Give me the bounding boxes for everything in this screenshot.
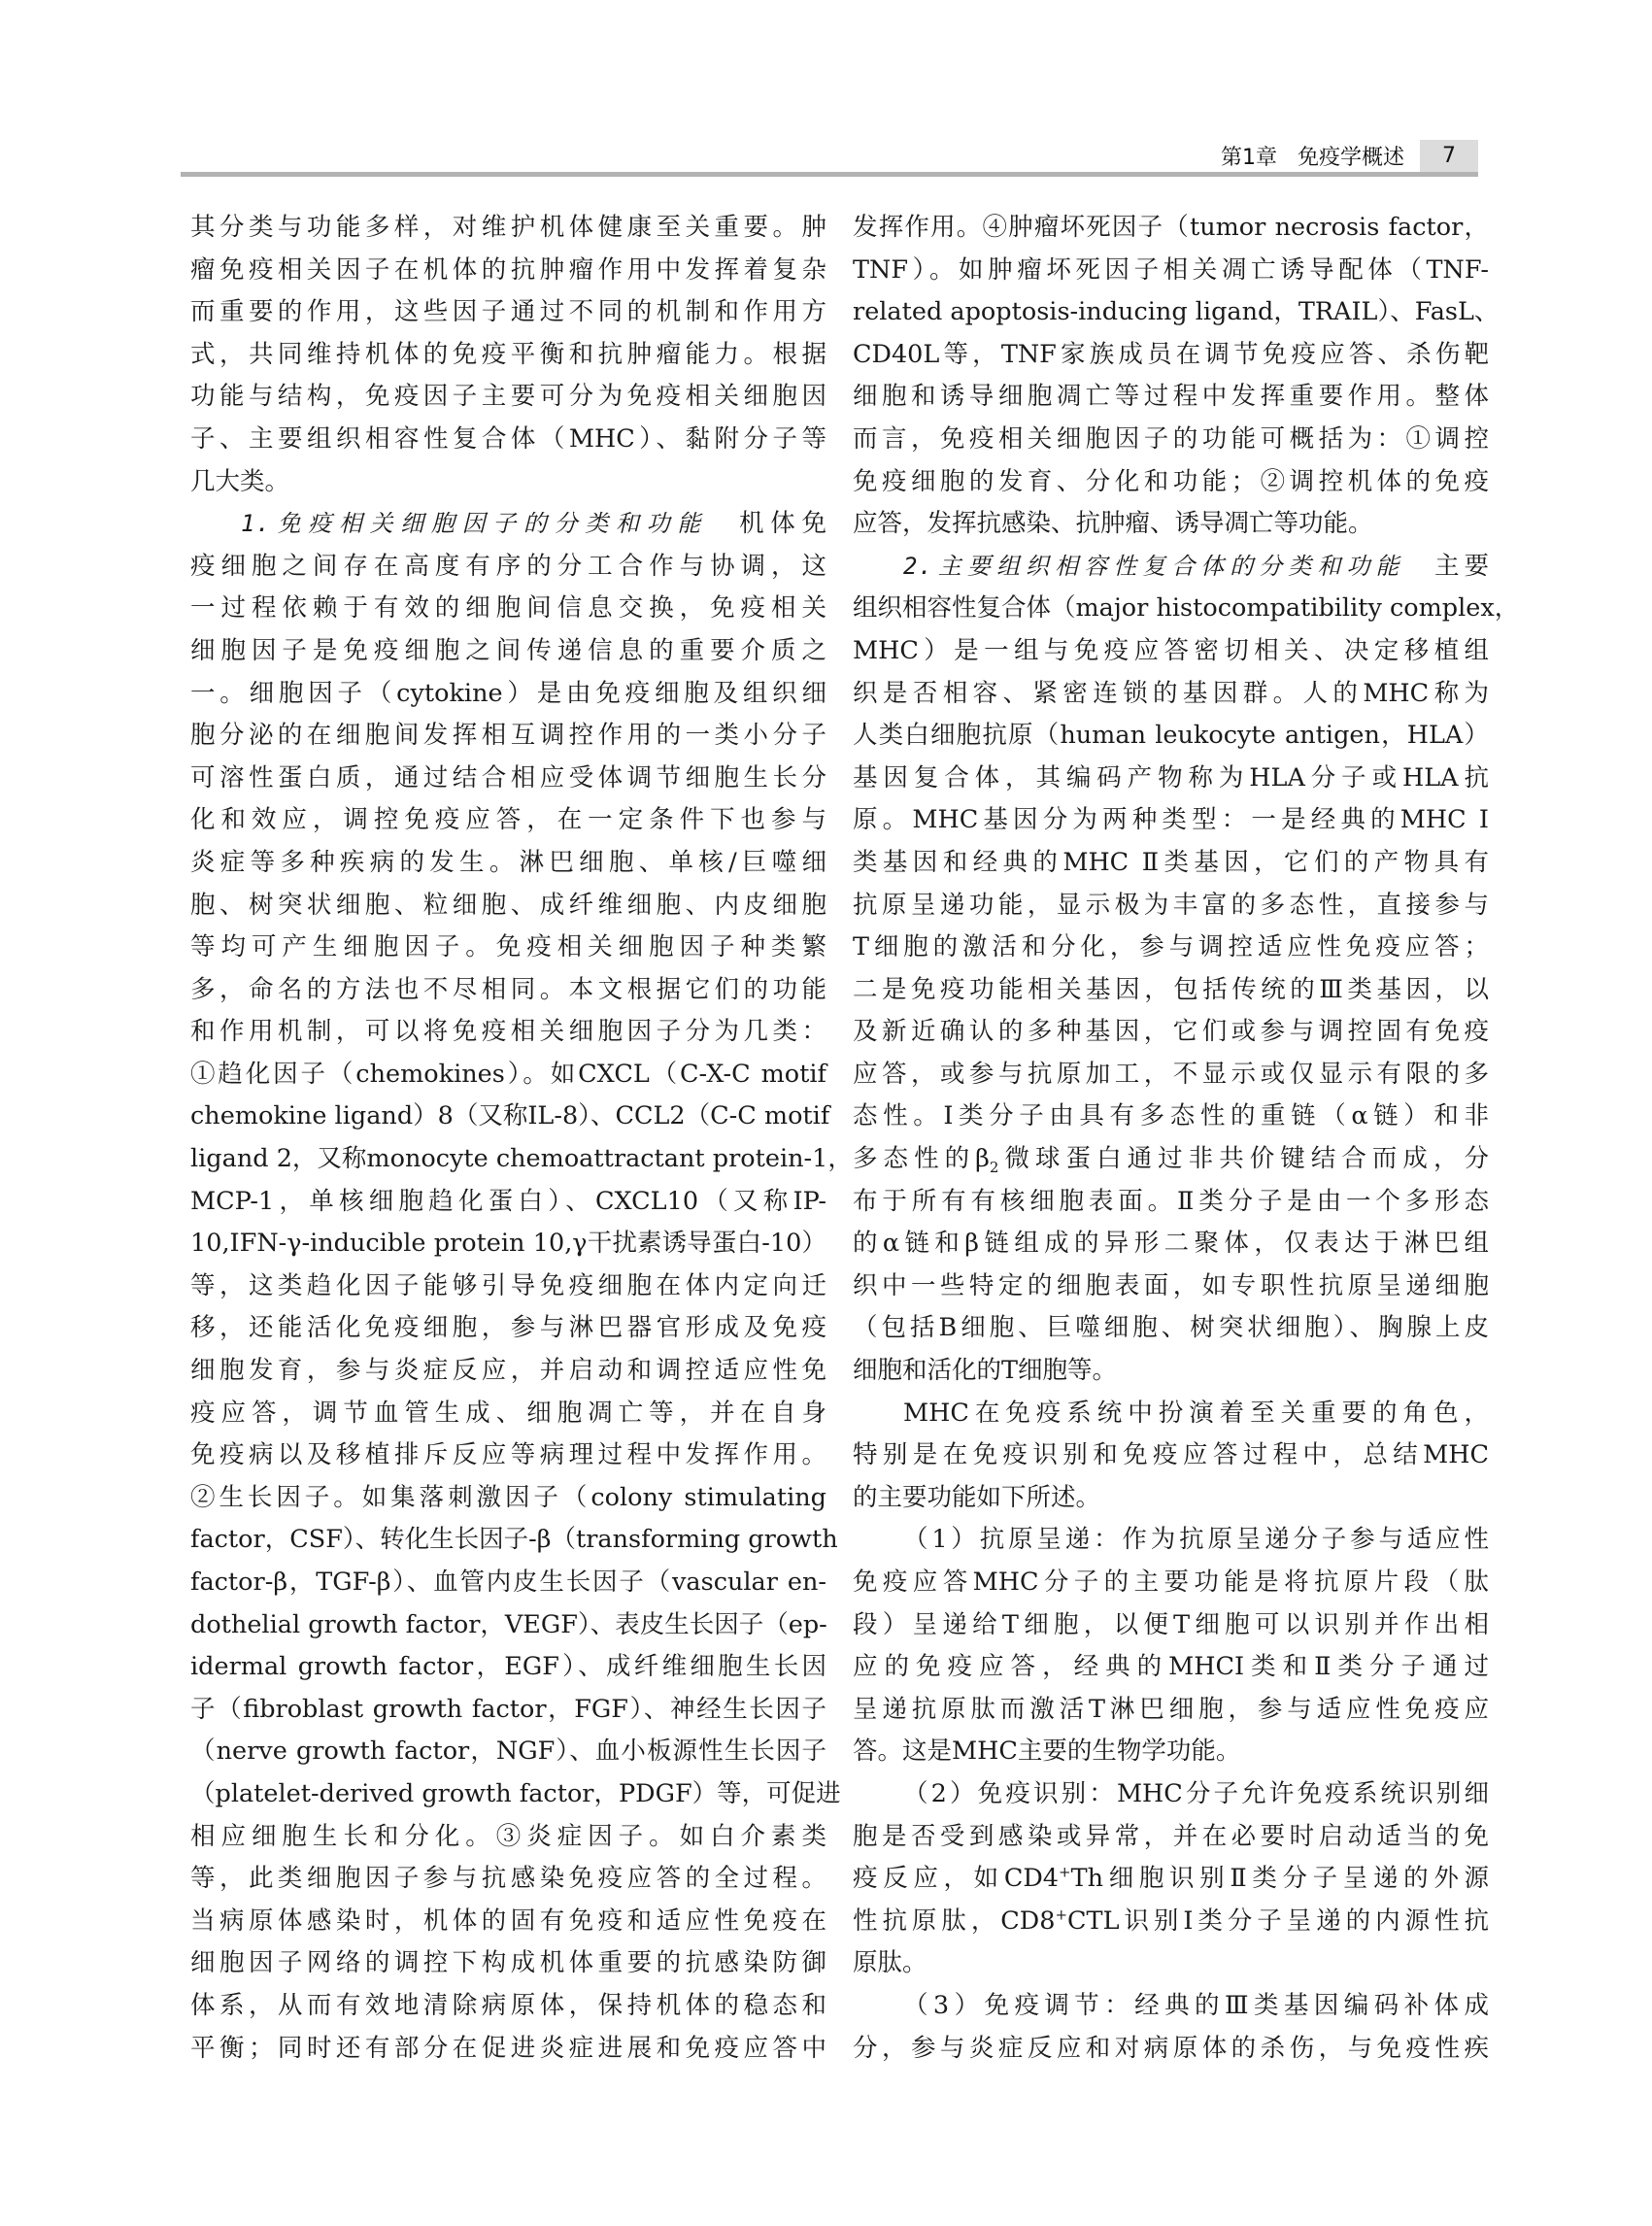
text-run: 细胞发育，参与炎症反应，并启动和调控适应性免 [190, 1356, 826, 1385]
text-line: idermal growth factor，EGF）、成纤维细胞生长因 [190, 1646, 826, 1689]
text-run: factor，CSF）、转化生长因子-β（transforming growth [190, 1525, 838, 1554]
text-line: ligand 2，又称monocyte chemoattractant prot… [190, 1138, 826, 1181]
text-line: 答。这是MHC主要的生物学功能。 [853, 1731, 1489, 1773]
text-run: 式，共同维持机体的免疫平衡和抗肿瘤能力。根据 [190, 340, 826, 369]
text-run: 一过程依赖于有效的细胞间信息交换，免疫相关 [190, 593, 826, 623]
text-run: 免疫病以及移植排斥反应等病理过程中发挥作用。 [190, 1440, 826, 1469]
text-line: 免疫病以及移植排斥反应等病理过程中发挥作用。 [190, 1434, 826, 1477]
text-line: 性抗原肽，CD8+CTL识别Ⅰ类分子呈递的内源性抗 [853, 1901, 1489, 1943]
text-line: ②生长因子。如集落刺激因子（colony stimulating [190, 1477, 826, 1520]
text-run: 的α链和β链组成的异形二聚体，仅表达于淋巴组 [853, 1229, 1489, 1258]
text-run: 胞、树突状细胞、粒细胞、成纤维细胞、内皮细胞 [190, 891, 826, 920]
text-line: 等，这类趋化因子能够引导免疫细胞在体内定向迁 [190, 1265, 826, 1308]
text-run: 细胞因子网络的调控下构成机体重要的抗感染防御 [190, 1948, 826, 1977]
text-line: 可溶性蛋白质，通过结合相应受体调节细胞生长分 [190, 758, 826, 800]
text-run: 织是否相容、紧密连锁的基因群。人的MHC称为 [853, 679, 1489, 708]
text-line: （包括B细胞、巨噬细胞、树突状细胞）、胸腺上皮 [853, 1307, 1489, 1350]
text-run: 等，这类趋化因子能够引导免疫细胞在体内定向迁 [190, 1271, 826, 1300]
text-line: （nerve growth factor，NGF）、血小板源性生长因子 [190, 1731, 826, 1773]
superscript: + [1059, 1864, 1071, 1881]
text-run: 发挥作用。④肿瘤坏死因子（tumor necrosis factor， [853, 213, 1489, 242]
text-line: 原。MHC基因分为两种类型：一是经典的MHC Ⅰ [853, 799, 1489, 842]
text-run: MHC）是一组与免疫应答密切相关、决定移植组 [853, 636, 1489, 665]
text-line: 免疫应答MHC分子的主要功能是将抗原片段（肽 [853, 1562, 1489, 1604]
text-run: TNF）。如肿瘤坏死因子相关凋亡诱导配体（TNF- [853, 255, 1489, 285]
text-line: 而重要的作用，这些因子通过不同的机制和作用方 [190, 291, 826, 334]
text-line: 炎症等多种疾病的发生。淋巴细胞、单核/巨噬细 [190, 842, 826, 885]
text-line: 人类白细胞抗原（human leukocyte antigen，HLA） [853, 715, 1489, 758]
text-run: 微球蛋白通过非共价键结合而成，分 [998, 1144, 1489, 1173]
text-line: 疫反应，如CD4+Th细胞识别Ⅱ类分子呈递的外源 [853, 1858, 1489, 1901]
text-line: 疫细胞之间存在高度有序的分工合作与协调，这 [190, 546, 826, 589]
text-run: 原肽。 [853, 1948, 927, 1977]
text-line: 态性。Ⅰ类分子由具有多态性的重链（α链）和非 [853, 1096, 1489, 1138]
text-run: ②生长因子。如集落刺激因子（colony stimulating [190, 1483, 826, 1512]
text-run: 平衡；同时还有部分在促进炎症进展和免疫应答中 [190, 2034, 826, 2063]
text-line: MCP-1，单核细胞趋化蛋白）、CXCL10（又称IP- [190, 1181, 826, 1224]
text-line: related apoptosis-inducing ligand，TRAIL）… [853, 291, 1489, 334]
text-line: 发挥作用。④肿瘤坏死因子（tumor necrosis factor， [853, 207, 1489, 250]
text-line: 体系，从而有效地清除病原体，保持机体的稳态和 [190, 1985, 826, 2028]
text-line: 细胞因子是免疫细胞之间传递信息的重要介质之 [190, 630, 826, 673]
text-line: 疫应答，调节血管生成、细胞凋亡等，并在自身 [190, 1393, 826, 1435]
text-line: 瘤免疫相关因子在机体的抗肿瘤作用中发挥着复杂 [190, 250, 826, 292]
text-run: 等，此类细胞因子参与抗感染免疫应答的全过程。 [190, 1864, 826, 1893]
text-run: 特别是在免疫识别和免疫应答过程中，总结MHC [853, 1440, 1489, 1469]
text-run: CD40L等，TNF家族成员在调节免疫应答、杀伤靶 [853, 340, 1489, 369]
text-run: MCP-1，单核细胞趋化蛋白）、CXCL10（又称IP- [190, 1187, 826, 1216]
text-line: （3）免疫调节：经典的Ⅲ类基因编码补体成 [853, 1985, 1489, 2028]
text-run: 而言，免疫相关细胞因子的功能可概括为：①调控 [853, 424, 1489, 454]
text-line: 细胞发育，参与炎症反应，并启动和调控适应性免 [190, 1350, 826, 1393]
text-line: TNF）。如肿瘤坏死因子相关凋亡诱导配体（TNF- [853, 250, 1489, 292]
text-run: 原。MHC基因分为两种类型：一是经典的MHC Ⅰ [853, 805, 1489, 834]
text-run: （2）免疫识别：MHC分子允许免疫系统识别细 [903, 1779, 1489, 1808]
section-heading: 1.免疫相关细胞因子的分类和功能 [241, 510, 708, 537]
text-line: MHC）是一组与免疫应答密切相关、决定移植组 [853, 630, 1489, 673]
text-run: 细胞和活化的T细胞等。 [853, 1356, 1117, 1385]
text-run: factor-β，TGF-β）、血管内皮生长因子（vascular en- [190, 1568, 826, 1597]
section-heading-line: 1.免疫相关细胞因子的分类和功能 机体免 [190, 503, 826, 546]
text-run: 等均可产生细胞因子。免疫相关细胞因子种类繁 [190, 932, 826, 961]
text-run: MHC在免疫系统中扮演着至关重要的角色， [903, 1399, 1489, 1428]
text-line: ①趋化因子（chemokines）。如CXCL（C-X-C motif [190, 1054, 826, 1096]
text-run: dothelial growth factor，VEGF）、表皮生长因子（ep- [190, 1610, 827, 1639]
text-run: 基因复合体，其编码产物称为HLA分子或HLA抗 [853, 763, 1489, 793]
text-line: 等均可产生细胞因子。免疫相关细胞因子种类繁 [190, 927, 826, 969]
text-line: 功能与结构，免疫因子主要可分为免疫相关细胞因 [190, 376, 826, 419]
text-line: 应答，发挥抗感染、抗肿瘤、诱导凋亡等功能。 [853, 503, 1489, 546]
text-line: 化和效应，调控免疫应答，在一定条件下也参与 [190, 799, 826, 842]
text-line: T细胞的激活和分化，参与调控适应性免疫应答； [853, 927, 1489, 969]
text-line: 的α链和β链组成的异形二聚体，仅表达于淋巴组 [853, 1223, 1489, 1265]
text-line: factor-β，TGF-β）、血管内皮生长因子（vascular en- [190, 1562, 826, 1604]
text-line: 的主要功能如下所述。 [853, 1477, 1489, 1520]
text-line: 子（fibroblast growth factor，FGF）、神经生长因子 [190, 1689, 826, 1732]
right-column: 发挥作用。④肿瘤坏死因子（tumor necrosis factor，TNF）。… [853, 207, 1489, 2070]
text-run: 子、主要组织相容性复合体（MHC）、黏附分子等 [190, 424, 826, 454]
left-column: 其分类与功能多样，对维护机体健康至关重要。肿瘤免疫相关因子在机体的抗肿瘤作用中发… [190, 207, 826, 2070]
text-run: （1）抗原呈递：作为抗原呈递分子参与适应性 [903, 1525, 1489, 1554]
text-line: 式，共同维持机体的免疫平衡和抗肿瘤能力。根据 [190, 334, 826, 377]
page-number-box: 7 [1420, 140, 1478, 172]
text-line: 子、主要组织相容性复合体（MHC）、黏附分子等 [190, 419, 826, 461]
text-line: 分，参与炎症反应和对病原体的杀伤，与免疫性疾 [853, 2028, 1489, 2071]
section-heading-line: 2.主要组织相容性复合体的分类和功能 主要 [853, 546, 1489, 589]
text-run: 胞分泌的在细胞间发挥相互调控作用的一类小分子 [190, 721, 826, 750]
running-header: 第1章 免疫学概述 7 [181, 144, 1478, 177]
text-line: 一过程依赖于有效的细胞间信息交换，免疫相关 [190, 588, 826, 630]
text-line: 胞、树突状细胞、粒细胞、成纤维细胞、内皮细胞 [190, 885, 826, 927]
text-run: 10,IFN-γ-inducible protein 10,γ干扰素诱导蛋白-1… [190, 1229, 826, 1258]
text-run: 性抗原肽，CD8 [853, 1906, 1055, 1936]
text-line: 类基因和经典的MHC Ⅱ类基因，它们的产物具有 [853, 842, 1489, 885]
text-run: 段）呈递给T细胞，以便T细胞可以识别并作出相 [853, 1610, 1489, 1639]
text-run: 炎症等多种疾病的发生。淋巴细胞、单核/巨噬细 [190, 848, 826, 877]
text-run: 可溶性蛋白质，通过结合相应受体调节细胞生长分 [190, 763, 826, 793]
text-line: 组织相容性复合体（major histocompatibility comple… [853, 588, 1489, 630]
text-run: 布于所有有核细胞表面。Ⅱ类分子是由一个多形态 [853, 1187, 1489, 1216]
text-run: 主要 [1404, 552, 1489, 581]
text-line: 10,IFN-γ-inducible protein 10,γ干扰素诱导蛋白-1… [190, 1223, 826, 1265]
text-run: 分，参与炎症反应和对病原体的杀伤，与免疫性疾 [853, 2034, 1489, 2063]
text-run: 其分类与功能多样，对维护机体健康至关重要。肿 [190, 213, 826, 242]
text-run: 组织相容性复合体（major histocompatibility comple… [853, 593, 1519, 623]
text-run: chemokine ligand）8（又称IL-8）、CCL2（C-C moti… [190, 1101, 829, 1130]
text-run: （包括B细胞、巨噬细胞、树突状细胞）、胸腺上皮 [853, 1313, 1489, 1342]
text-run: related apoptosis-inducing ligand，TRAIL）… [853, 297, 1499, 326]
text-line: 细胞和活化的T细胞等。 [853, 1350, 1489, 1393]
text-run: ligand 2，又称monocyte chemoattractant prot… [190, 1144, 853, 1173]
header-rule [181, 172, 1478, 177]
text-run: 而重要的作用，这些因子通过不同的机制和作用方 [190, 297, 826, 326]
text-line: 应答，或参与抗原加工，不显示或仅显示有限的多 [853, 1054, 1489, 1096]
text-run: （3）免疫调节：经典的Ⅲ类基因编码补体成 [903, 1991, 1489, 2020]
text-run: 相应细胞生长和分化。③炎症因子。如白介素类 [190, 1822, 826, 1851]
text-run: T细胞的激活和分化，参与调控适应性免疫应答； [853, 932, 1489, 961]
text-run: 多态性的β [853, 1144, 990, 1173]
text-line: factor，CSF）、转化生长因子-β（transforming growth [190, 1519, 826, 1562]
text-line: 段）呈递给T细胞，以便T细胞可以识别并作出相 [853, 1604, 1489, 1647]
text-run: 抗原呈递功能，显示极为丰富的多态性，直接参与 [853, 891, 1489, 920]
text-run: 应答，或参与抗原加工，不显示或仅显示有限的多 [853, 1060, 1489, 1089]
text-line: 当病原体感染时，机体的固有免疫和适应性免疫在 [190, 1901, 826, 1943]
text-run: 呈递抗原肽而激活T淋巴细胞，参与适应性免疫应 [853, 1695, 1489, 1724]
text-run: 瘤免疫相关因子在机体的抗肿瘤作用中发挥着复杂 [190, 255, 826, 285]
text-line: 基因复合体，其编码产物称为HLA分子或HLA抗 [853, 758, 1489, 800]
text-run: 细胞和诱导细胞凋亡等过程中发挥重要作用。整体 [853, 382, 1489, 411]
text-run: 疫细胞之间存在高度有序的分工合作与协调，这 [190, 552, 826, 581]
text-run: 免疫应答MHC分子的主要功能是将抗原片段（肽 [853, 1568, 1489, 1597]
text-run: 及新近确认的多种基因，它们或参与调控固有免疫 [853, 1017, 1489, 1046]
text-run: 子（fibroblast growth factor，FGF）、神经生长因子 [190, 1695, 826, 1724]
text-line: 织是否相容、紧密连锁的基因群。人的MHC称为 [853, 673, 1489, 716]
text-run: 当病原体感染时，机体的固有免疫和适应性免疫在 [190, 1906, 826, 1936]
text-line: dothelial growth factor，VEGF）、表皮生长因子（ep- [190, 1604, 826, 1647]
text-run: idermal growth factor，EGF）、成纤维细胞生长因 [190, 1652, 826, 1681]
text-line: 和作用机制，可以将免疫相关细胞因子分为几类： [190, 1011, 826, 1054]
superscript: + [1055, 1906, 1067, 1923]
text-run: 免疫细胞的发育、分化和功能；②调控机体的免疫 [853, 467, 1489, 496]
text-run: 化和效应，调控免疫应答，在一定条件下也参与 [190, 805, 826, 834]
text-line: 布于所有有核细胞表面。Ⅱ类分子是由一个多形态 [853, 1181, 1489, 1224]
text-line: 胞是否受到感染或异常，并在必要时启动适当的免 [853, 1816, 1489, 1859]
text-line: 多态性的β2微球蛋白通过非共价键结合而成，分 [853, 1138, 1489, 1181]
text-run: 疫反应，如CD4 [853, 1864, 1059, 1893]
text-line: 呈递抗原肽而激活T淋巴细胞，参与适应性免疫应 [853, 1689, 1489, 1732]
text-run: 机体免 [708, 509, 826, 538]
text-run: 织中一些特定的细胞表面，如专职性抗原呈递细胞 [853, 1271, 1489, 1300]
text-line: 细胞和诱导细胞凋亡等过程中发挥重要作用。整体 [853, 376, 1489, 419]
text-run: 胞是否受到感染或异常，并在必要时启动适当的免 [853, 1822, 1489, 1851]
section-heading: 2.主要组织相容性复合体的分类和功能 [903, 553, 1404, 580]
text-line: 免疫细胞的发育、分化和功能；②调控机体的免疫 [853, 461, 1489, 504]
text-run: 的主要功能如下所述。 [853, 1483, 1100, 1512]
text-line: 抗原呈递功能，显示极为丰富的多态性，直接参与 [853, 885, 1489, 927]
text-run: 二是免疫功能相关基因，包括传统的Ⅲ类基因，以 [853, 975, 1489, 1004]
text-line: 一。细胞因子（cytokine）是由免疫细胞及组织细 [190, 673, 826, 716]
text-line: （2）免疫识别：MHC分子允许免疫系统识别细 [853, 1773, 1489, 1816]
text-line: CD40L等，TNF家族成员在调节免疫应答、杀伤靶 [853, 334, 1489, 377]
text-line: 细胞因子网络的调控下构成机体重要的抗感染防御 [190, 1942, 826, 1985]
text-run: 应的免疫应答，经典的MHCI类和Ⅱ类分子通过 [853, 1652, 1489, 1681]
text-run: 人类白细胞抗原（human leukocyte antigen，HLA） [853, 721, 1489, 750]
text-run: 功能与结构，免疫因子主要可分为免疫相关细胞因 [190, 382, 826, 411]
text-run: 移，还能活化免疫细胞，参与淋巴器官形成及免疫 [190, 1313, 826, 1342]
subscript: 2 [990, 1159, 999, 1176]
text-run: ①趋化因子（chemokines）。如CXCL（C-X-C motif [190, 1060, 826, 1089]
text-line: 相应细胞生长和分化。③炎症因子。如白介素类 [190, 1816, 826, 1859]
text-run: 类基因和经典的MHC Ⅱ类基因，它们的产物具有 [853, 848, 1489, 877]
text-line: 胞分泌的在细胞间发挥相互调控作用的一类小分子 [190, 715, 826, 758]
text-line: 移，还能活化免疫细胞，参与淋巴器官形成及免疫 [190, 1307, 826, 1350]
text-line: （platelet-derived growth factor，PDGF）等，可… [190, 1773, 826, 1816]
text-run: 和作用机制，可以将免疫相关细胞因子分为几类： [190, 1017, 826, 1046]
text-line: 多，命名的方法也不尽相同。本文根据它们的功能 [190, 969, 826, 1012]
text-line: 而言，免疫相关细胞因子的功能可概括为：①调控 [853, 419, 1489, 461]
text-line: 织中一些特定的细胞表面，如专职性抗原呈递细胞 [853, 1265, 1489, 1308]
text-run: 答。这是MHC主要的生物学功能。 [853, 1737, 1240, 1766]
text-line: 几大类。 [190, 461, 826, 504]
text-run: 一。细胞因子（cytokine）是由免疫细胞及组织细 [190, 679, 826, 708]
text-line: 原肽。 [853, 1942, 1489, 1985]
text-run: Th细胞识别Ⅱ类分子呈递的外源 [1071, 1864, 1489, 1893]
text-line: 应的免疫应答，经典的MHCI类和Ⅱ类分子通过 [853, 1646, 1489, 1689]
text-line: 特别是在免疫识别和免疫应答过程中，总结MHC [853, 1434, 1489, 1477]
text-run: （platelet-derived growth factor，PDGF）等，可… [190, 1779, 841, 1808]
text-line: 其分类与功能多样，对维护机体健康至关重要。肿 [190, 207, 826, 250]
text-line: 平衡；同时还有部分在促进炎症进展和免疫应答中 [190, 2028, 826, 2071]
text-run: 多，命名的方法也不尽相同。本文根据它们的功能 [190, 975, 826, 1004]
text-run: CTL识别Ⅰ类分子呈递的内源性抗 [1067, 1906, 1489, 1936]
text-run: 细胞因子是免疫细胞之间传递信息的重要介质之 [190, 636, 826, 665]
text-line: MHC在免疫系统中扮演着至关重要的角色， [853, 1393, 1489, 1435]
text-run: 应答，发挥抗感染、抗肿瘤、诱导凋亡等功能。 [853, 509, 1373, 538]
text-line: 等，此类细胞因子参与抗感染免疫应答的全过程。 [190, 1858, 826, 1901]
text-run: 体系，从而有效地清除病原体，保持机体的稳态和 [190, 1991, 826, 2020]
text-line: （1）抗原呈递：作为抗原呈递分子参与适应性 [853, 1519, 1489, 1562]
chapter-title: 第1章 免疫学概述 [1221, 146, 1404, 171]
text-line: 二是免疫功能相关基因，包括传统的Ⅲ类基因，以 [853, 969, 1489, 1012]
text-line: 及新近确认的多种基因，它们或参与调控固有免疫 [853, 1011, 1489, 1054]
text-run: （nerve growth factor，NGF）、血小板源性生长因子 [190, 1737, 826, 1766]
text-run: 态性。Ⅰ类分子由具有多态性的重链（α链）和非 [853, 1101, 1489, 1130]
text-run: 疫应答，调节血管生成、细胞凋亡等，并在自身 [190, 1399, 826, 1428]
text-run: 几大类。 [190, 467, 289, 496]
page-number: 7 [1420, 144, 1478, 169]
text-line: chemokine ligand）8（又称IL-8）、CCL2（C-C moti… [190, 1096, 826, 1138]
